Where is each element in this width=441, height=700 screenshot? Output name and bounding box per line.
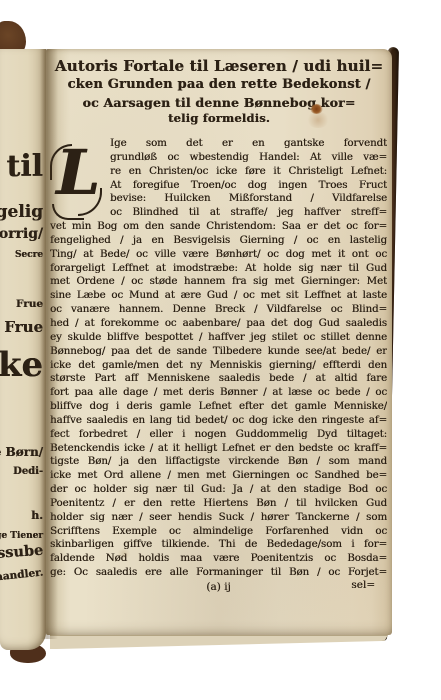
text-line: sine Læbe oc Mund at ære Gud / oc met si… [50,289,387,303]
text-line: met Ordene / oc støde hannem fra sig met… [50,275,387,289]
text-line: Bønnebog/ paa det de sande Tilbedere kun… [50,345,387,359]
text-line: bliffve dog i deris gamle Lefnet efter d… [50,400,387,414]
left-page-text-fragment: til [6,149,43,184]
text-line: At foregifue Troen/oc dog ingen Troes Fr… [110,179,387,193]
left-page-text-fragment: h. [31,509,43,522]
text-line: Poenitentz / er den rette Hiertens Bøn /… [50,497,387,511]
left-page-text-fragment: Frue [16,298,43,310]
text-line: haffve saaledis en lang tid bedet/ oc do… [50,414,387,428]
left-page-text-fragment: e Børn/ [0,445,43,459]
text-line: forargeligt Leffnet at imodstræbe: At ho… [50,262,387,276]
text-line: tigste Bøn/ ja den liffactigste virckend… [50,455,387,469]
text-line: hed / at forekomme oc aabenbare/ paa det… [50,317,387,331]
heading-line: Autoris Fortale til Læseren / udi huil= [52,56,386,76]
flourish-ornament [52,204,84,220]
text-line: oc vanære hannem. Denne Breck / Vildfare… [50,303,387,317]
photo-of-open-book: til ngelig orrig/ Secre Frue Frue ke e B… [0,0,441,700]
signature-mark: (a) ij [206,581,230,593]
heading-line: oc Aarsagen til denne Bønnebog kor= [52,94,386,111]
left-page-text-fragment: Frue [4,318,43,336]
left-page-text-fragment: Cassube [0,542,44,564]
left-page-text-fragment: Secre [15,250,43,260]
text-line: holder sig nær / seer hendis Suck / høre… [50,511,387,525]
page-edge [50,635,388,649]
left-page: til ngelig orrig/ Secre Frue Frue ke e B… [0,49,46,650]
text-line: re en Christen/oc icke føre it Christeli… [110,165,387,179]
text-line: Ige som det er en gantske forvendt [110,137,387,151]
heading-line: cken Grunden paa den rette Bedekonst / [52,76,386,94]
left-page-text-fragment: ge Tiener [0,531,43,541]
text-line: oc Blindhed til at straffe/ jeg haffver … [110,206,387,220]
heading-line: telig formeldis. [52,111,386,126]
left-page-text-fragment: orrig/ [0,226,43,242]
text-line: icke det gamle/men det ny Menniskis gier… [50,359,387,373]
text-line: fengelighed / ja en Besvigelsis Gierning… [50,234,387,248]
text-line: bevise: Huilcken Mißforstand / Vildfarel… [110,192,387,206]
right-page: Autoris Fortale til Læseren / udi huil= … [46,49,392,635]
ornate-initial-L: L [50,138,106,220]
text-line: vet min Bog om den sande Christendom: Sa… [50,220,387,234]
text-line: ey skulde bliffve bespottet / haffver je… [50,331,387,345]
text-line: ge: Oc saaledis ere alle Formaninger til… [50,566,387,580]
text-line: icke met Ord allene / men met Gierningen… [50,469,387,483]
left-page-text-fragment: ngelig [0,202,43,222]
left-page-text-fragment: handler. [0,567,43,584]
text-line: der oc holder sig nær til Gud: Ja / at d… [50,483,387,497]
text-line: fort paa alle dage / met deris Bønner / … [50,386,387,400]
text-line: fect forbedret / eller i nogen Guddommel… [50,428,387,442]
left-page-text-fragment: Dedi- [13,466,43,477]
catchword: sel= [351,579,375,591]
text-line: Ting/ at Bede/ oc ville være Bønhørt/ oc… [50,248,387,262]
text-line: faldende Nød holdis maa være Poenitentzi… [50,552,387,566]
signature-line: (a) ij sel= [50,581,387,596]
text-line: grundløß oc wbestendig Handel: At ville … [110,151,387,165]
text-line: største Part aff Menniskene saaledis bed… [50,372,387,386]
preface-body: L Ige som det er en gantske forvendt gru… [46,137,392,596]
preface-heading: Autoris Fortale til Læseren / udi huil= … [46,49,392,126]
text-line: Betenckendis icke / at it helligt Lefnet… [50,442,387,456]
text-line: skinbarligen giffve tilkiende. Thi de Be… [50,538,387,552]
left-page-text-fragment: ke [0,345,43,385]
text-line: Scrifftens Exemple oc almindelige Forfar… [50,525,387,539]
